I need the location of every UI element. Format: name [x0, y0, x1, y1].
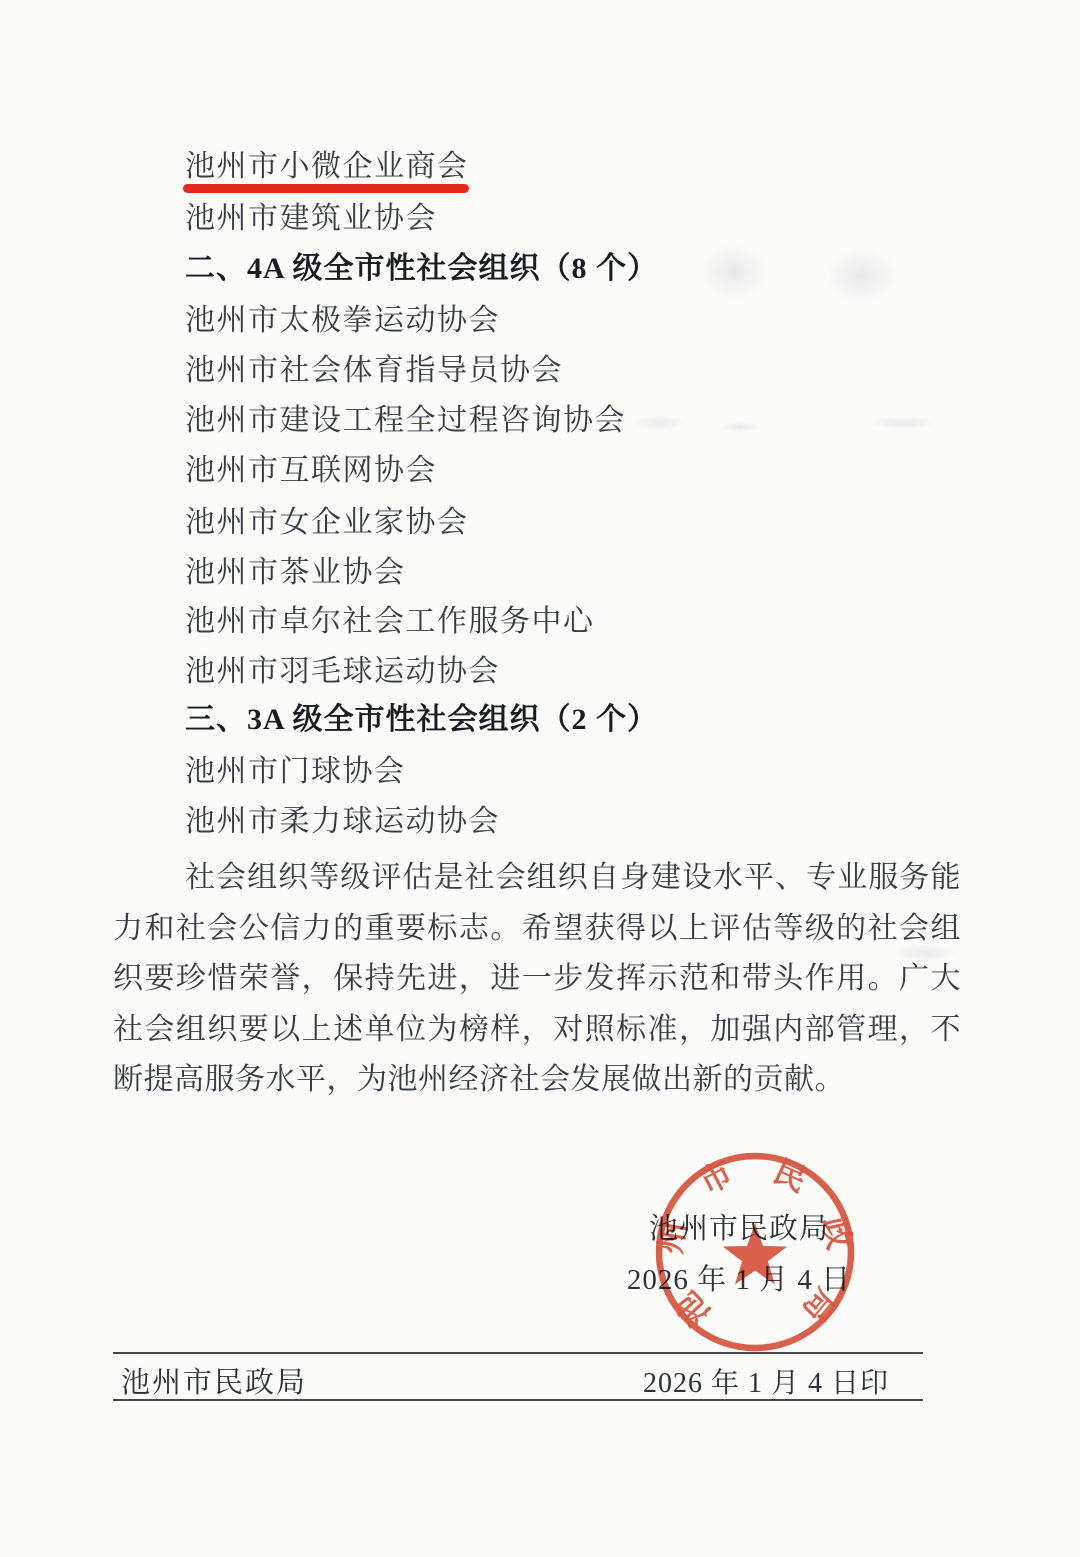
footer-print-date: 2026 年 1 月 4 日印	[643, 1361, 889, 1401]
footer-rule-top	[113, 1352, 923, 1354]
footer-rule-bottom	[113, 1399, 923, 1401]
section-heading-4a: 二、4A 级全市性社会组织（8 个）	[185, 252, 985, 290]
org-list-item: 池州市羽毛球运动协会	[185, 655, 985, 693]
org-list-item: 池州市卓尔社会工作服务中心	[185, 605, 985, 643]
org-list-item-underlined: 池州市小微企业商会	[185, 150, 985, 188]
section-heading-3a: 三、3A 级全市性社会组织（2 个）	[185, 703, 985, 741]
org-list-item: 池州市互联网协会	[185, 454, 985, 492]
org-list-item: 池州市茶业协会	[185, 556, 985, 594]
org-list-item: 池州市柔力球运动协会	[185, 805, 985, 843]
org-list-item: 池州市太极拳运动协会	[185, 304, 985, 342]
closing-paragraph: 社会组织等级评估是社会组织自身建设水平、专业服务能力和社会公信力的重要标志。希望…	[113, 853, 961, 1106]
official-seal: 池州市民政局	[650, 1147, 860, 1357]
org-list-item: 池州市门球协会	[185, 755, 985, 793]
org-list-item: 池州市社会体育指导员协会	[185, 354, 985, 392]
scanned-document-page: 池州市小微企业商会 池州市建筑业协会 二、4A 级全市性社会组织（8 个） 池州…	[0, 0, 1080, 1557]
red-underline-annotation	[183, 184, 469, 193]
footer-issuer: 池州市民政局	[121, 1360, 307, 1401]
org-list-item: 池州市建筑业协会	[185, 202, 985, 240]
org-list-item: 池州市建设工程全过程咨询协会	[185, 404, 985, 442]
seal-star-icon	[723, 1223, 788, 1285]
org-list-item: 池州市女企业家协会	[185, 506, 985, 544]
